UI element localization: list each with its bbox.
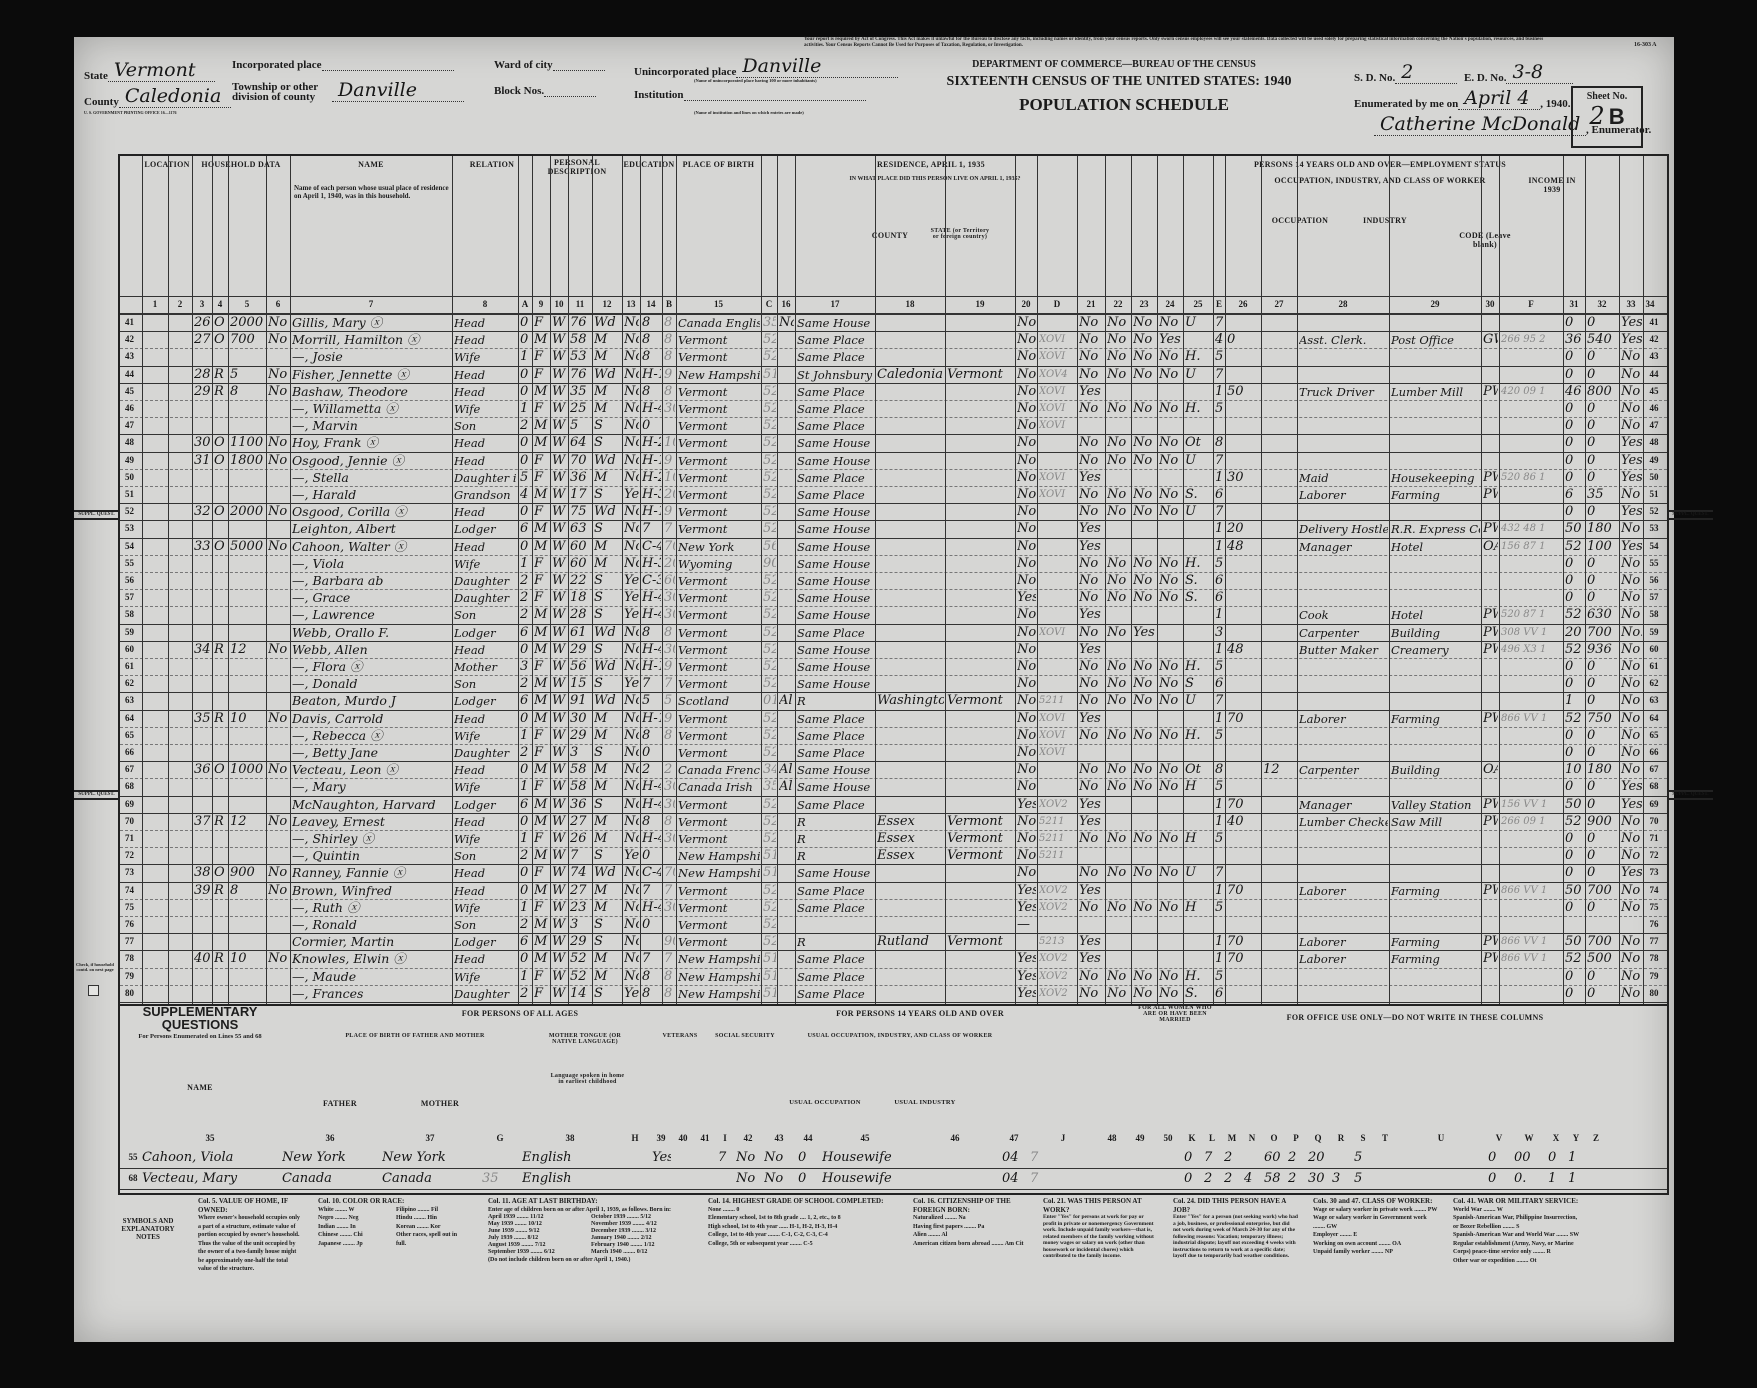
cell-cit (779, 589, 794, 606)
cell-code-b: 9 (664, 503, 675, 520)
column-divider (1131, 156, 1132, 1004)
cell-grade: 2 (642, 761, 661, 778)
cell-code-e: 5 (1215, 400, 1224, 417)
cell-house (170, 796, 191, 813)
cell-code-a: 0 (520, 538, 531, 555)
cell-name: —, Rebecca ⓧ (292, 727, 451, 744)
cell-code-b: 30 (664, 589, 675, 606)
cell-line: 49 (120, 452, 139, 469)
cell-c22 (1107, 796, 1130, 813)
cell-marital: Wd (594, 692, 621, 709)
cell-school: Yes (624, 675, 639, 692)
cell-age: 56 (570, 658, 591, 675)
table-row: 5433O5000NoCahoon, Walter ⓧHead0MW60MNoC… (120, 538, 1667, 556)
cell-c24 (1159, 538, 1182, 555)
cell-cit (779, 503, 794, 520)
cell-school: No (624, 658, 639, 675)
cell-c21: No (1079, 864, 1104, 881)
cell-school: No (624, 882, 639, 899)
cell-c26 (1227, 830, 1260, 847)
cell-res-place: Same House (797, 555, 874, 572)
cell-worker-class: PW (1483, 950, 1498, 967)
cell-marital: M (594, 950, 621, 967)
supp-row: 55Cahoon, ViolaNew YorkNew YorkEnglishYe… (120, 1147, 1667, 1169)
cell-relation: Wife (454, 899, 517, 916)
cell-school: Yes (624, 572, 639, 589)
cell-code-d: XOV2 (1039, 968, 1076, 985)
line-number-right: 62 (1643, 675, 1665, 692)
cell-marital: S (594, 417, 621, 434)
line-number-right: 71 (1643, 830, 1665, 847)
line-number-right: 68 (1643, 778, 1665, 795)
cell-value: 8 (230, 882, 265, 899)
cell-c26 (1227, 434, 1260, 451)
cell-c24 (1159, 383, 1182, 400)
cell-code-c: 90 (763, 555, 776, 572)
cell-birthplace: Vermont (678, 727, 760, 744)
cell-other-income: Yes (1621, 331, 1642, 348)
cell-farm35: No (1017, 830, 1036, 847)
cell-res-state (947, 555, 1014, 572)
cell-marital: Wd (594, 366, 621, 383)
cell-c25: H (1185, 778, 1212, 795)
note-item: Korean ........ Kor (396, 1223, 468, 1232)
cell-c22 (1107, 813, 1130, 830)
cell-worker-class (1483, 864, 1498, 881)
incorporated-label: Incorporated place (232, 59, 322, 71)
cell-code-d: 5211 (1039, 830, 1076, 847)
cell-code-b: 7 (664, 675, 675, 692)
column-divider (945, 156, 946, 1004)
supp-column-number: 45 (820, 1133, 910, 1143)
cell-c26: 70 (1227, 950, 1260, 967)
cell-value (230, 830, 265, 847)
table-row: 56—, Barbara abDaughter2FW22SYesC-360Ver… (120, 572, 1667, 590)
cell-wages: 180 (1587, 520, 1618, 537)
cell-relation: Daughter (454, 572, 517, 589)
cell-line: 63 (120, 692, 139, 709)
line-number-right: 48 (1643, 434, 1665, 451)
cell-value (230, 916, 265, 933)
cell-worker-class (1483, 727, 1498, 744)
cell-sex: M (534, 641, 549, 658)
cell-house (170, 503, 191, 520)
cell-other-income: No (1621, 572, 1642, 589)
cell-worker-class: GW (1483, 331, 1498, 348)
supp-column-number: T (1374, 1133, 1396, 1143)
occupation-subheader: OCCUPATION (1260, 216, 1340, 225)
column-divider (532, 156, 533, 1004)
cell-c24: No (1159, 830, 1182, 847)
cell-value (230, 624, 265, 641)
cell-farm: No (268, 366, 289, 383)
act-notice: Your report is required by Act of Congre… (804, 37, 1564, 49)
cell-c26 (1227, 606, 1260, 623)
cell-industry: Valley Station (1391, 796, 1480, 813)
cell-code-a: 6 (520, 520, 531, 537)
cell-c21: No (1079, 486, 1104, 503)
cell-c22 (1107, 847, 1130, 864)
column-divider (290, 156, 291, 1004)
note-item: December 1939 ........ 3/12 (591, 1228, 688, 1235)
cell-sex: M (534, 933, 549, 950)
cell-res-place: Same Place (797, 744, 874, 761)
cell-farm35: No (1017, 641, 1036, 658)
cell-c24 (1159, 847, 1182, 864)
sheet-number-box: Sheet No. 2 B (1571, 86, 1643, 148)
cell-relation: Lodger (454, 624, 517, 641)
cell-race: W (552, 606, 567, 623)
cell-code-d: XOVI (1039, 348, 1076, 365)
cell-weeks (1565, 916, 1584, 933)
cell-code-d (1039, 864, 1076, 881)
cell-farm35: No (1017, 331, 1036, 348)
cell-occupation: Delivery Hostler (1299, 520, 1388, 537)
cell-c25: U (1185, 692, 1212, 709)
cell-house (170, 469, 191, 486)
cell-age: 63 (570, 520, 591, 537)
cell-res-county (877, 434, 944, 451)
cell-value (230, 589, 265, 606)
cell-age: 14 (570, 985, 591, 1002)
cell-grade: 8 (642, 314, 661, 331)
cell-wages: 0 (1587, 400, 1618, 417)
supp-cell-u (1398, 1168, 1485, 1189)
cell-c27 (1263, 916, 1296, 933)
cell-name: —, Barbara ab (292, 572, 451, 589)
cell-res-state: Vermont (947, 692, 1014, 709)
cell-marital: M (594, 830, 621, 847)
cell-c22: No (1107, 899, 1130, 916)
cell-marital: S (594, 916, 621, 933)
cell-c25: S (1185, 675, 1212, 692)
cell-birthplace: Vermont (678, 417, 760, 434)
cell-cit (779, 641, 794, 658)
cell-house (170, 555, 191, 572)
cell-marital: S (594, 985, 621, 1002)
cell-tenure (214, 469, 227, 486)
cell-code-e: 7 (1215, 366, 1224, 383)
cell-industry: Building (1391, 624, 1480, 641)
supp-cell-ss-wages: 0 (798, 1168, 819, 1189)
cell-res-state (947, 331, 1014, 348)
note-item: American citizen born abroad ........ Am… (913, 1240, 1028, 1249)
cell-c21 (1079, 847, 1104, 864)
state-subheader: STATE (or Territory or foreign country) (930, 228, 990, 240)
column-divider (592, 156, 593, 1004)
note-col14: Col. 14. HIGHEST GRADE OF SCHOOL COMPLET… (708, 1197, 898, 1248)
cell-tenure (214, 589, 227, 606)
cell-race: W (552, 417, 567, 434)
cell-code-f (1501, 486, 1562, 503)
supp-cell-name: Vecteau, Mary (142, 1168, 279, 1189)
cell-res-state (947, 641, 1014, 658)
cell-industry (1391, 692, 1480, 709)
cell-worker-class (1483, 348, 1498, 365)
cell-res-place: Same House (797, 658, 874, 675)
cell-occupation (1299, 366, 1388, 383)
supp-cell-vet (652, 1168, 671, 1189)
cell-occupation: Laborer (1299, 950, 1388, 967)
cell-industry: Building (1391, 761, 1480, 778)
cell-c22 (1107, 710, 1130, 727)
line-number-right: 67 (1643, 761, 1665, 778)
cell-farm35: No (1017, 314, 1036, 331)
cell-weeks: 0 (1565, 572, 1584, 589)
cell-other-income: Yes (1621, 452, 1642, 469)
cell-c22: No (1107, 366, 1130, 383)
supp-column-number: 50 (1154, 1133, 1182, 1143)
cell-hh (194, 417, 211, 434)
cell-c26 (1227, 864, 1260, 881)
cell-res-state (947, 675, 1014, 692)
cell-code-d (1039, 452, 1076, 469)
column-divider (640, 156, 641, 1004)
cell-wages: 0 (1587, 417, 1618, 434)
cell-birthplace: Scotland (678, 692, 760, 709)
cell-relation: Head (454, 950, 517, 967)
cell-house (170, 727, 191, 744)
cell-c24: No (1159, 985, 1182, 1002)
cell-code-b: 60 (664, 572, 675, 589)
supp-name-header: NAME (160, 1083, 240, 1092)
cell-farm35: No (1017, 366, 1036, 383)
cell-res-place (797, 916, 874, 933)
cell-worker-class (1483, 503, 1498, 520)
cell-wages: 35 (1587, 486, 1618, 503)
cell-res-place: Same Place (797, 486, 874, 503)
cell-c24: No (1159, 434, 1182, 451)
cell-school: Yes (624, 985, 639, 1002)
cell-code-c: 52 (763, 710, 776, 727)
cell-tenure (214, 968, 227, 985)
note-col30: Cols. 30 and 47. CLASS OF WORKER: Wage o… (1313, 1197, 1438, 1257)
ed-label: E. D. No. (1464, 72, 1506, 84)
cell-res-county (877, 916, 944, 933)
cell-age: 5 (570, 417, 591, 434)
cell-res-state (947, 899, 1014, 916)
cell-tenure (214, 916, 227, 933)
supp-cell-mother: New York (382, 1147, 479, 1168)
cell-c21: Yes (1079, 950, 1104, 967)
cell-birthplace: Vermont (678, 383, 760, 400)
column-number: 8 (452, 299, 518, 309)
cell-cit (779, 486, 794, 503)
supp-cell-code-h (622, 1147, 649, 1168)
cell-race: W (552, 555, 567, 572)
cell-c21: Yes (1079, 520, 1104, 537)
cell-c21: No (1079, 968, 1104, 985)
household-continued-checkbox[interactable] (88, 985, 99, 996)
cell-house (170, 538, 191, 555)
cell-race: W (552, 899, 567, 916)
cell-res-place: R (797, 813, 874, 830)
cell-wages: 540 (1587, 331, 1618, 348)
cell-value (230, 348, 265, 365)
check-household-label: Check, if household contd. on next page (76, 962, 114, 972)
cell-farm (268, 796, 289, 813)
cell-other-income: No (1621, 641, 1642, 658)
cell-res-county (877, 710, 944, 727)
industry-subheader: INDUSTRY (1345, 216, 1425, 225)
cell-industry (1391, 916, 1480, 933)
cell-grade (642, 933, 661, 950)
cell-weeks: 0 (1565, 864, 1584, 881)
supp-cell-father: Canada (282, 1168, 379, 1189)
cell-value (230, 899, 265, 916)
cell-res-state (947, 778, 1014, 795)
block-label: Block Nos. (494, 85, 544, 97)
line-number-right: 60 (1643, 641, 1665, 658)
note-item: July 1939 ........ 8/12 (488, 1235, 585, 1242)
cell-c21: No (1079, 624, 1104, 641)
cell-code-e: 5 (1215, 778, 1224, 795)
cell-value (230, 933, 265, 950)
cell-other-income: Yes (1621, 796, 1642, 813)
table-row: 66—, Betty JaneDaughter2FW3SNo0Vermont52… (120, 744, 1667, 762)
cell-birthplace: New Hampshire (678, 985, 760, 1002)
cell-tenure (214, 727, 227, 744)
cell-c24: No (1159, 589, 1182, 606)
cell-other-income: No (1621, 400, 1642, 417)
cell-wages: 0 (1587, 796, 1618, 813)
cell-value: 700 (230, 331, 265, 348)
cell-value: 1800 (230, 452, 265, 469)
cell-name: Osgood, Corilla ⓧ (292, 503, 451, 520)
cell-c27 (1263, 985, 1296, 1002)
cell-sex: M (534, 434, 549, 451)
cell-grade: 8 (642, 331, 661, 348)
column-divider (192, 156, 193, 1004)
cell-worker-class (1483, 589, 1498, 606)
line-number-right: 42 (1643, 331, 1665, 348)
cell-house (170, 641, 191, 658)
enumerated-label: Enumerated by me on (1354, 98, 1458, 110)
cell-code-a: 5 (520, 469, 531, 486)
state-label: State (84, 70, 108, 82)
cell-weeks: 0 (1565, 366, 1584, 383)
cell-farm35: No (1017, 417, 1036, 434)
cell-code-f (1501, 985, 1562, 1002)
cell-farm35: No (1017, 520, 1036, 537)
cell-weeks: 0 (1565, 778, 1584, 795)
cell-sex: M (534, 796, 549, 813)
cell-industry: Post Office (1391, 331, 1480, 348)
cell-farm35: No (1017, 538, 1036, 555)
cell-age: 3 (570, 744, 591, 761)
suppl-marker-68-right: SUPPL. QUEST. (1668, 790, 1713, 800)
cell-sex: M (534, 882, 549, 899)
cell-hh: 36 (194, 761, 211, 778)
cell-house (170, 675, 191, 692)
cell-c22: No (1107, 985, 1130, 1002)
cell-c27 (1263, 400, 1296, 417)
cell-marital: M (594, 710, 621, 727)
explanatory-notes: SYMBOLS AND EXPLANATORY NOTES Col. 5. VA… (118, 1197, 1665, 1307)
cell-farm (268, 675, 289, 692)
cell-occupation (1299, 727, 1388, 744)
column-number: B (662, 299, 676, 309)
cell-tenure: R (214, 366, 227, 383)
cell-c27 (1263, 692, 1296, 709)
supp-column-number: 35 (140, 1133, 280, 1143)
cell-industry: Farming (1391, 950, 1480, 967)
table-row: 43—, JosieWife1FW53MNo88Vermont52Same Pl… (120, 348, 1667, 366)
cell-line: 53 (120, 520, 139, 537)
cell-name: Cahoon, Walter ⓧ (292, 538, 451, 555)
cell-wages: 180 (1587, 761, 1618, 778)
cell-other-income: No (1621, 366, 1642, 383)
line-number-right: 78 (1643, 950, 1665, 967)
cell-marital: S (594, 589, 621, 606)
cell-c26 (1227, 968, 1260, 985)
line-number-right: 44 (1643, 366, 1665, 383)
note-item: Indian ........ In (318, 1223, 390, 1232)
cell-c21: No (1079, 985, 1104, 1002)
cell-name: —, Quintin (292, 847, 451, 864)
note-col24-text: Enter "Yes" for a person (not seeking wo… (1173, 1214, 1298, 1260)
cell-code-e: 5 (1215, 830, 1224, 847)
cell-weeks: 0 (1565, 727, 1584, 744)
cell-house (170, 882, 191, 899)
cell-wages: 0 (1587, 968, 1618, 985)
cell-farm35: No (1017, 452, 1036, 469)
cell-weeks: 52 (1565, 538, 1584, 555)
supp-cell-code-g (482, 1147, 519, 1168)
cell-res-place: Same Place (797, 950, 874, 967)
note-item: May 1939 ........ 10/12 (488, 1221, 585, 1228)
cell-c22: No (1107, 503, 1130, 520)
cell-name: —, Stella (292, 469, 451, 486)
cell-code-c: 51 (763, 968, 776, 985)
cell-cit (779, 864, 794, 881)
cell-weeks: 0 (1565, 400, 1584, 417)
cell-industry (1391, 727, 1480, 744)
cell-marital: M (594, 778, 621, 795)
cell-res-place: Same Place (797, 899, 874, 916)
cell-tenure: R (214, 882, 227, 899)
cell-sex: M (534, 624, 549, 641)
cell-c27 (1263, 572, 1296, 589)
cell-birthplace: New Hampshire (678, 950, 760, 967)
cell-res-county: Essex (877, 847, 944, 864)
column-number: 3 (192, 299, 212, 309)
cell-c23 (1133, 847, 1156, 864)
supp-cell-code-g: 35 (482, 1168, 519, 1189)
cell-c24: Yes (1159, 331, 1182, 348)
cell-code-e: 5 (1215, 555, 1224, 572)
line-number-right: 46 (1643, 400, 1665, 417)
table-row: 58—, LawrenceSon2MW28SYesH-430Vermont52S… (120, 606, 1667, 624)
line-number-right: 57 (1643, 589, 1665, 606)
form-code: 16-303 A (1634, 42, 1657, 49)
cell-occupation (1299, 452, 1388, 469)
cell-sex: F (534, 555, 549, 572)
cell-grade: H-3 (642, 486, 661, 503)
cell-wages: 0 (1587, 366, 1618, 383)
cell-marital: M (594, 400, 621, 417)
table-row: 71—, Shirley ⓧWife1FW26MNoH-430Vermont52… (120, 830, 1667, 848)
supp-cell-usual-class: 04 (1002, 1147, 1027, 1168)
residence-question: IN WHAT PLACE DID THIS PERSON LIVE ON AP… (785, 176, 1085, 182)
cell-res-county (877, 503, 944, 520)
cell-age: 15 (570, 675, 591, 692)
cell-res-state (947, 452, 1014, 469)
cell-line: 73 (120, 864, 139, 881)
cell-house (170, 314, 191, 331)
cell-farm: No (268, 641, 289, 658)
cell-cit (779, 520, 794, 537)
